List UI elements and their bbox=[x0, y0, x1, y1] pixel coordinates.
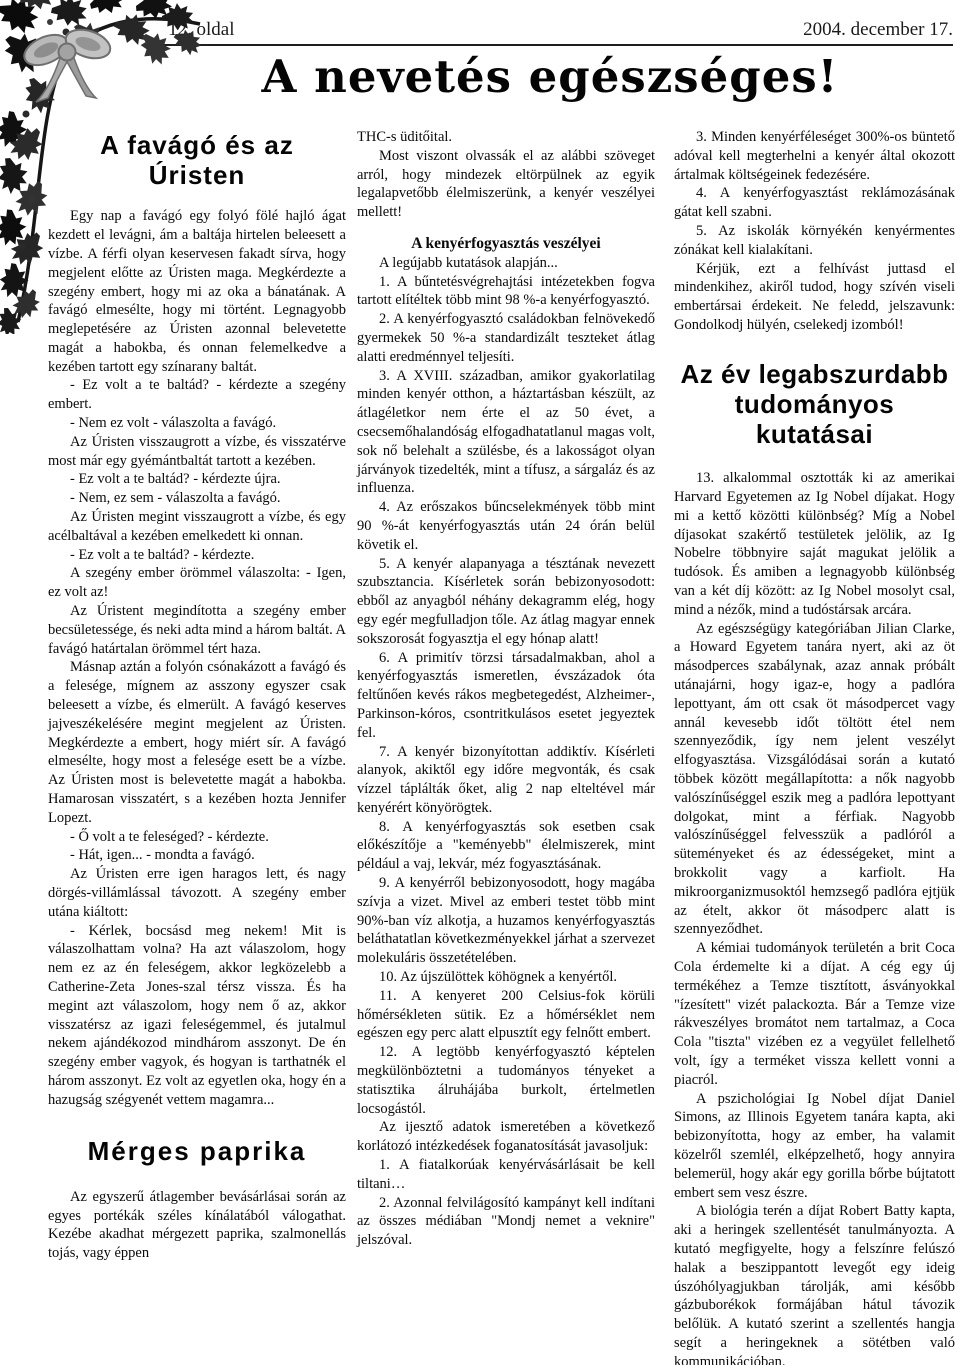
paragraph: Az Úristen erre igen haragos lett, és na… bbox=[48, 865, 346, 921]
paragraph: 5. A kenyér alapanyaga a tésztának nevez… bbox=[357, 555, 655, 649]
paragraph: - Ez volt a te baltád? - kérdezte a szeg… bbox=[48, 376, 346, 414]
paragraph: Az egészségügy kategóriában Jilian Clark… bbox=[674, 620, 955, 940]
paragraph: 5. Az iskolák környékén kenyérmentes zón… bbox=[674, 222, 955, 260]
paragraph: - Ő volt a te feleséged? - kérdezte. bbox=[48, 828, 346, 847]
paragraph: A legújabb kutatások alapján... bbox=[357, 254, 655, 273]
paragraph: 8. A kenyérfogyasztás sok esetben csak e… bbox=[357, 818, 655, 874]
paragraph: - Kérlek, bocsásd meg nekem! Mit is vála… bbox=[48, 922, 346, 1110]
paragraph: 12. A legtöbb kenyérfogyasztó képtelen m… bbox=[357, 1043, 655, 1118]
column-middle: THC-s üditőital. Most viszont olvassák e… bbox=[357, 128, 655, 1250]
paragraph: Az Úristen visszaugrott a vízbe, és viss… bbox=[48, 433, 346, 471]
paragraph: Az ijesztő adatok ismeretében a következ… bbox=[357, 1118, 655, 1156]
paragraph: 1. A bűntetésvégrehajtási intézetekben f… bbox=[357, 273, 655, 311]
paragraph: A biológia terén a díjat Robert Batty ka… bbox=[674, 1202, 955, 1365]
paragraph: 6. A primitív törzsi társadalmakban, aho… bbox=[357, 649, 655, 743]
column-left: A favágó és az Úristen Egy nap a favágó … bbox=[48, 130, 346, 1263]
paragraph: - Nem ez volt - válaszolta a favágó. bbox=[48, 414, 346, 433]
paragraph: Az Úristent megindította a szegény ember… bbox=[48, 602, 346, 658]
article-heading-pepper: Mérges paprika bbox=[48, 1136, 346, 1166]
paragraph: - Ez volt a te baltád? - kérdezte újra. bbox=[48, 470, 346, 489]
paragraph: Az egyszerű átlagember bevásárlásai sorá… bbox=[48, 1188, 346, 1263]
paragraph: 7. A kenyér bizonyítottan addiktív. Kísé… bbox=[357, 743, 655, 818]
paragraph: THC-s üditőital. bbox=[357, 128, 655, 147]
paragraph: - Hát, igen... - mondta a favágó. bbox=[48, 846, 346, 865]
article-heading-ig-nobel: Az év legabszurdabb tudományos kutatásai bbox=[674, 359, 955, 449]
article-subheading-bread: A kenyérfogyasztás veszélyei bbox=[357, 235, 655, 254]
paragraph: A szegény ember örömmel válaszolta: - Ig… bbox=[48, 564, 346, 602]
header-rule bbox=[163, 44, 953, 46]
paragraph: Most viszont olvassák el az alábbi szöve… bbox=[357, 147, 655, 222]
paragraph: 4. Az erőszakos bűncselekmények több min… bbox=[357, 498, 655, 554]
paragraph: 2. A kenyérfogyasztó családokban felnöve… bbox=[357, 310, 655, 366]
paragraph: Egy nap a favágó egy folyó fölé hajló ág… bbox=[48, 207, 346, 376]
paragraph: 9. A kenyérről bebizonyosodott, hogy mag… bbox=[357, 874, 655, 968]
paragraph: 2. Azonnal felvilágosító kampányt kell i… bbox=[357, 1194, 655, 1250]
paragraph: 3. A XVIII. században, amikor gyakorlati… bbox=[357, 367, 655, 499]
paragraph: - Ez volt a te baltád? - kérdezte. bbox=[48, 546, 346, 565]
paragraph: A pszichológiai Ig Nobel díjat Daniel Si… bbox=[674, 1090, 955, 1203]
paragraph: 4. A kenyérfogyasztást reklámozásának gá… bbox=[674, 184, 955, 222]
paragraph: 3. Minden kenyérféleséget 300%-os büntet… bbox=[674, 128, 955, 184]
paragraph: 13. alkalommal osztották ki az amerikai … bbox=[674, 469, 955, 619]
paragraph: Kérjük, ezt a felhívást juttasd el minde… bbox=[674, 260, 955, 335]
newspaper-page: { "header": { "page_number": "12. oldal"… bbox=[0, 0, 960, 1365]
paragraph: Másnap aztán a folyón csónakázott a favá… bbox=[48, 658, 346, 827]
paragraph: - Nem, ez sem - válaszolta a favágó. bbox=[48, 489, 346, 508]
page-title: A nevetés egészséges! bbox=[150, 50, 950, 103]
paragraph: Az Úristen megint visszaugrott a vízbe, … bbox=[48, 508, 346, 546]
column-right: 3. Minden kenyérféleséget 300%-os büntet… bbox=[674, 128, 955, 1365]
paragraph: 10. Az újszülöttek köhögnek a kenyértől. bbox=[357, 968, 655, 987]
paragraph: 11. A kenyeret 200 Celsius-fok körüli hő… bbox=[357, 987, 655, 1043]
paragraph: 1. A fiatalkorúak kenyérvásárlásait be k… bbox=[357, 1156, 655, 1194]
header-date: 2004. december 17. bbox=[803, 19, 953, 41]
paragraph: A kémiai tudományok területén a brit Coc… bbox=[674, 939, 955, 1089]
article-heading-woodcutter: A favágó és az Úristen bbox=[48, 130, 346, 190]
